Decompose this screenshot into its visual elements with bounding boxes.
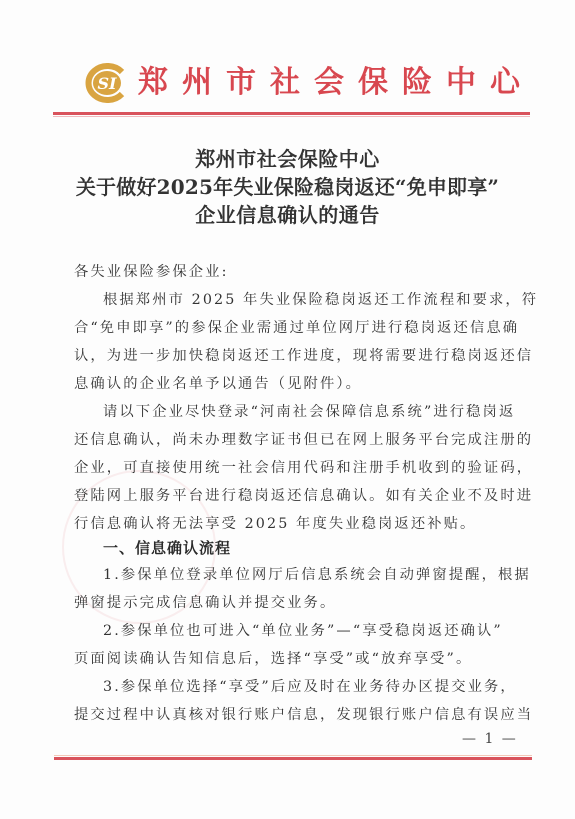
footer-red-rule (54, 757, 532, 760)
si-social-insurance-logo-icon: SI (82, 63, 128, 103)
body-line: 认，为进一步加快稳岗返还工作进度，现将需要进行稳岗返还信 (74, 346, 514, 366)
body-line: 登陆网上服务平台进行稳岗返还信息确认。如有关企业不及时进 (74, 486, 514, 506)
header-thin-rule (53, 116, 530, 117)
page-number: — 1 — (462, 731, 518, 747)
header-red-rule (53, 112, 530, 115)
step-line: 弹窗提示完成信息确认并提交业务。 (74, 593, 514, 613)
footer-thin-rule (54, 755, 532, 756)
organization-name: 郑州市社会保险中心 (138, 60, 534, 106)
masthead: SI 郑州市社会保险中心 (82, 60, 534, 106)
body-line: 企业，可直接使用统一社会信用代码和注册手机收到的验证码， (74, 458, 514, 478)
step-line: 3.参保单位选择“享受”后应及时在业务待办区提交业务， (103, 677, 543, 697)
body-line: 还信息确认，尚未办理数字证书但已在网上服务平台完成注册的 (74, 430, 514, 450)
notice-title-line-3: 企业信息确认的通告 (0, 201, 575, 229)
notice-title-line-2: 关于做好2025年失业保险稳岗返还“免申即享” (0, 173, 575, 201)
body-line: 请以下企业尽快登录“河南社会保障信息系统”进行稳岗返 (103, 402, 543, 422)
body-line: 合“免申即享”的参保企业需通过单位网厅进行稳岗返还信息确 (74, 318, 514, 338)
step-line: 提交过程中认真核对银行账户信息，发现银行账户信息有误应当 (74, 705, 514, 725)
step-line: 2.参保单位也可进入“单位业务”—“享受稳岗返还确认” (103, 621, 543, 641)
body-line: 根据郑州市 2025 年失业保险稳岗返还工作流程和要求，符 (103, 290, 543, 310)
svg-text:SI: SI (97, 74, 117, 93)
body-line: 行信息确认将无法享受 2025 年度失业稳岗返还补贴。 (74, 514, 514, 534)
notice-title-line-1: 郑州市社会保险中心 (0, 145, 575, 173)
salutation: 各失业保险参保企业: (74, 262, 514, 282)
body-line: 息确认的企业名单予以通告（见附件）。 (74, 374, 514, 394)
step-line: 页面阅读确认告知信息后，选择“享受”或“放弃享受”。 (74, 649, 514, 669)
section-heading: 一、信息确认流程 (103, 537, 231, 558)
step-line: 1.参保单位登录单位网厅后信息系统会自动弹窗提醒，根据 (103, 565, 543, 585)
